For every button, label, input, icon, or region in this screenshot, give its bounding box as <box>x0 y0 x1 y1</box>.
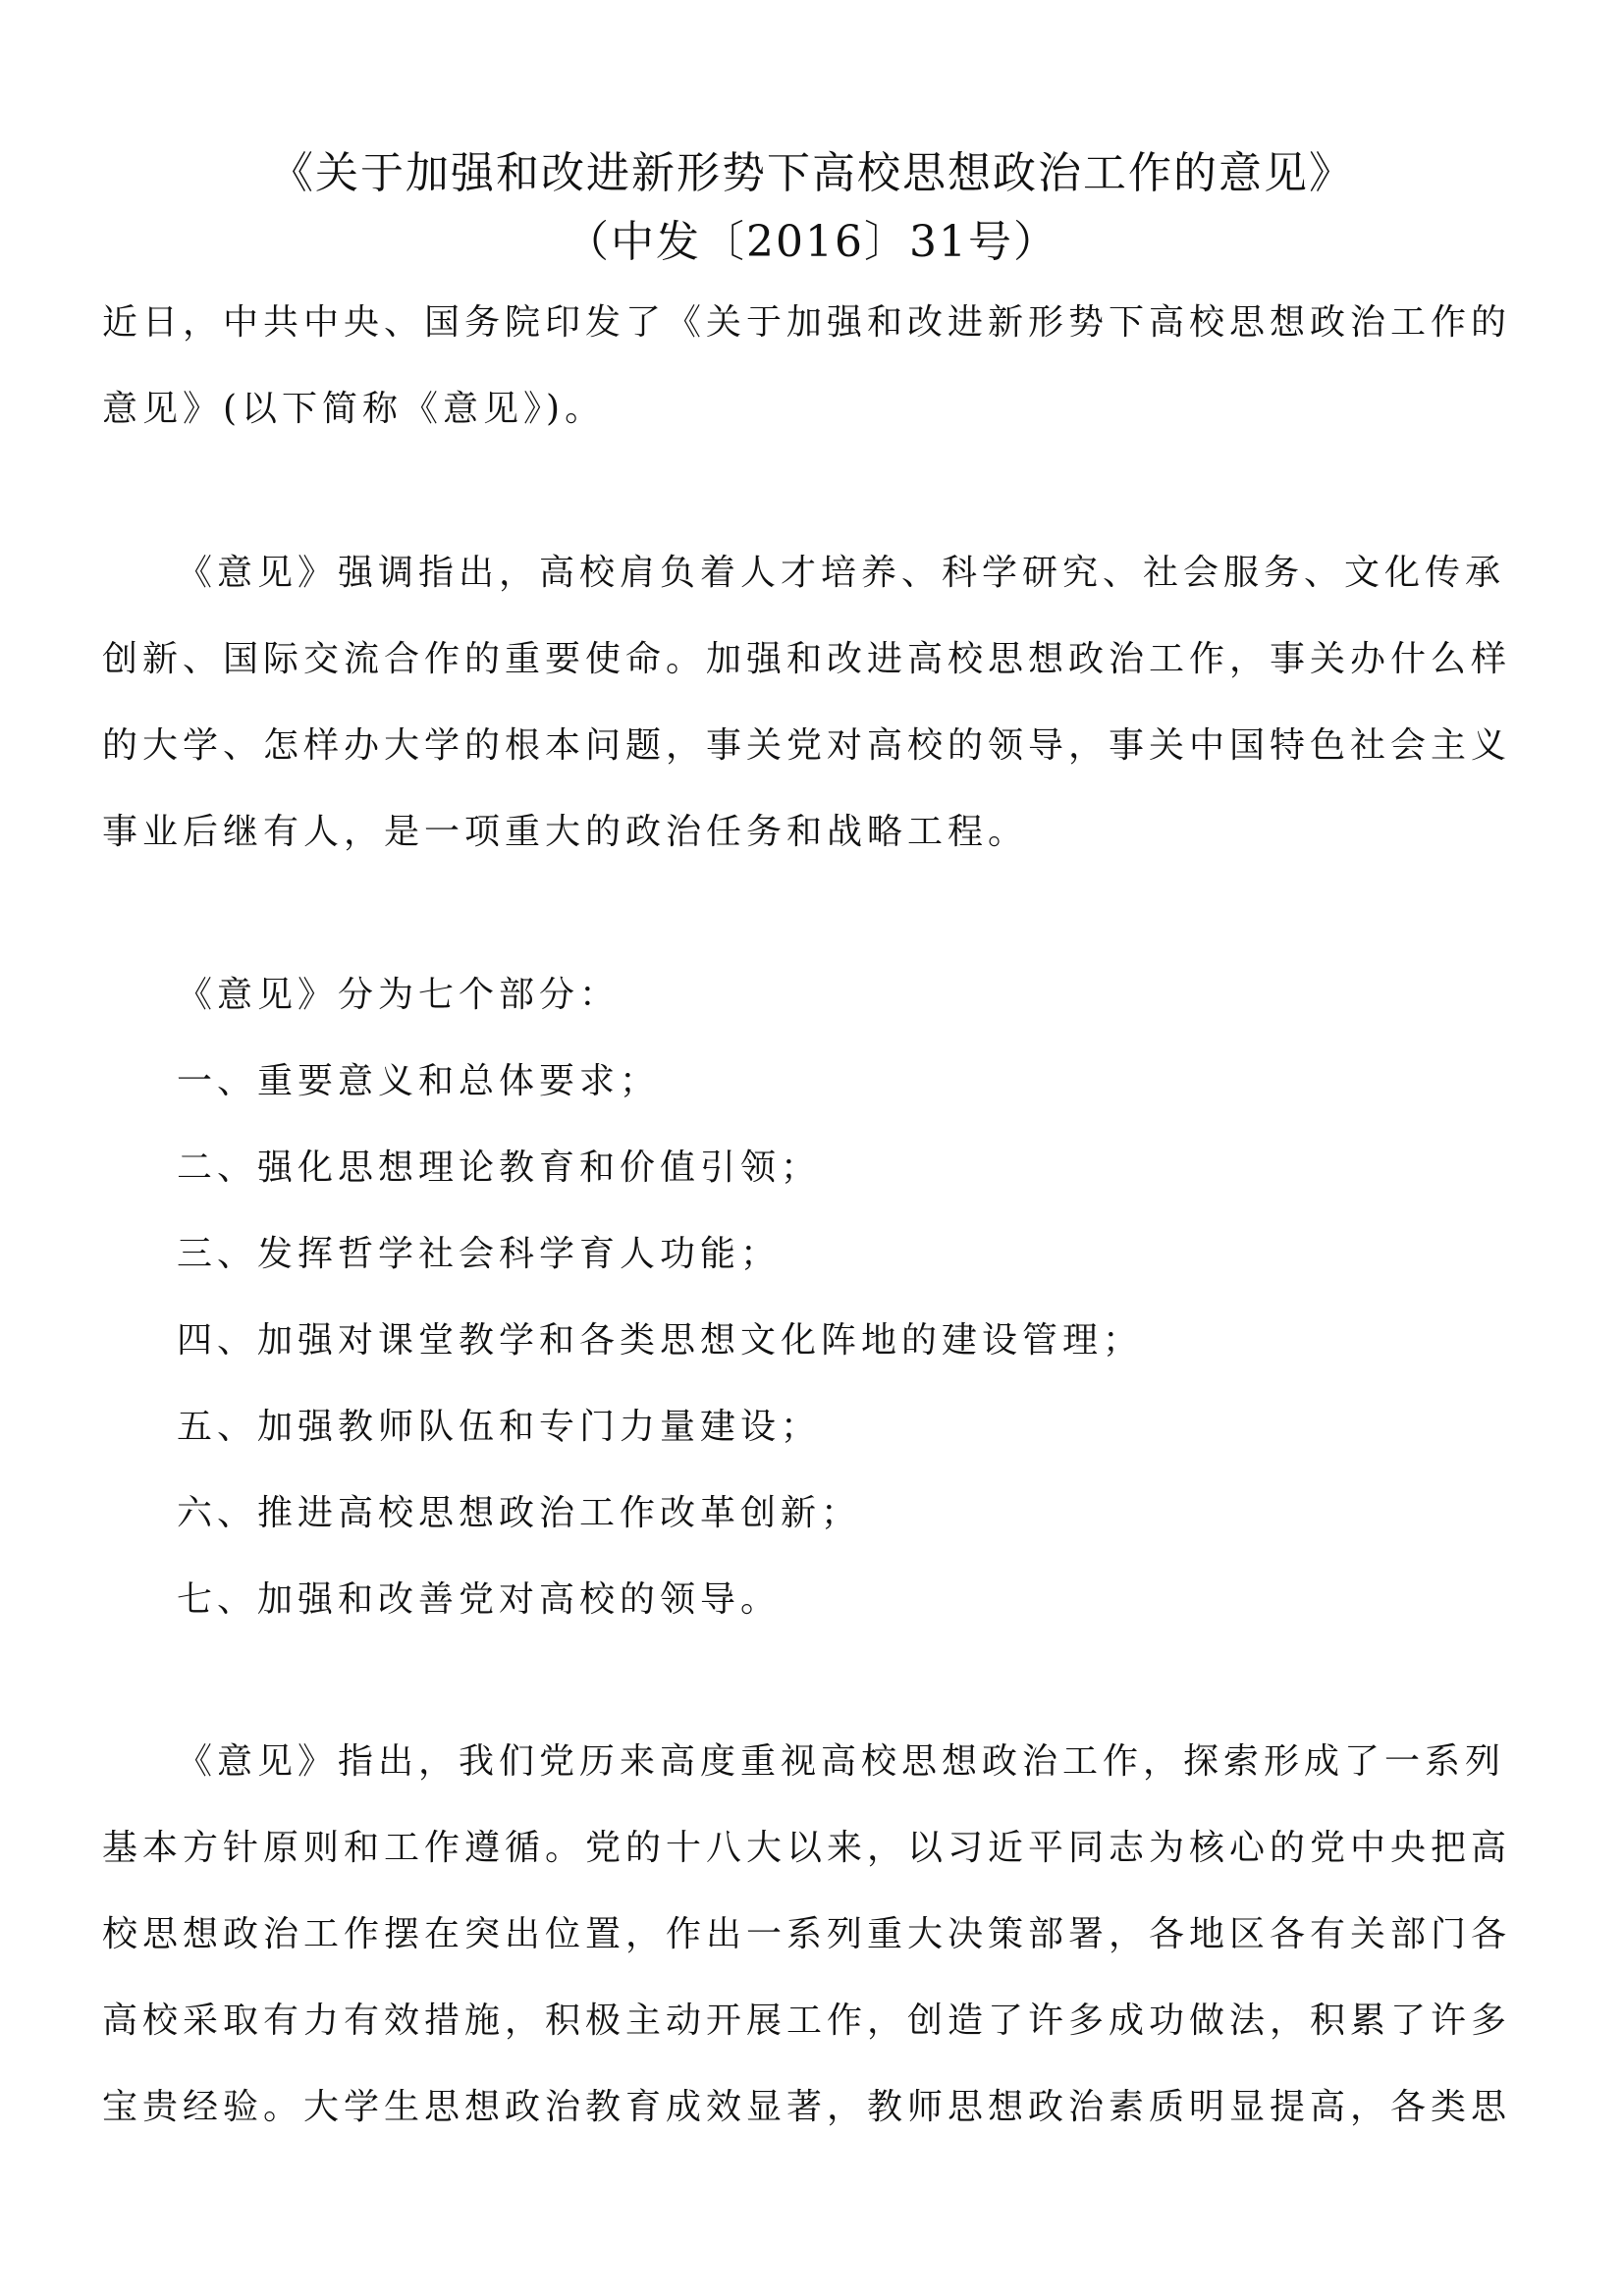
paragraph-line: 高校采取有力有效措施，积极主动开展工作，创造了许多成功做法，积累了许多 <box>102 1993 1511 2043</box>
intro-line: 意见》(以下简称《意见》)。 <box>102 381 605 431</box>
section-item: 六、推进高校思想政治工作改革创新； <box>177 1485 861 1535</box>
paragraph-line: 的大学、怎样办大学的根本问题，事关党对高校的领导，事关中国特色社会主义 <box>102 718 1511 768</box>
section-item: 七、加强和改善党对高校的领导。 <box>177 1572 781 1622</box>
paragraph-line: 宝贵经验。大学生思想政治教育成效显著，教师思想政治素质明显提高，各类思 <box>102 2079 1511 2129</box>
paragraph-line: 创新、国际交流合作的重要使命。加强和改进高校思想政治工作，事关办什么样 <box>102 631 1511 681</box>
paragraph-line: 《意见》强调指出，高校肩负着人才培养、科学研究、社会服务、文化传承 <box>177 545 1505 595</box>
intro-line: 近日，中共中央、国务院印发了《关于加强和改进新形势下高校思想政治工作的 <box>102 294 1511 345</box>
paragraph-line: 《意见》指出，我们党历来高度重视高校思想政治工作，探索形成了一系列 <box>177 1734 1505 1784</box>
paragraph-line: 校思想政治工作摆在突出位置，作出一系列重大决策部署，各地区各有关部门各 <box>102 1906 1511 1956</box>
paragraph-line: 基本方针原则和工作遵循。党的十八大以来，以习近平同志为核心的党中央把高 <box>102 1820 1511 1870</box>
section-item: 二、强化思想理论教育和价值引领； <box>177 1140 821 1190</box>
section-item: 一、重要意义和总体要求； <box>177 1053 660 1103</box>
document-title: 《关于加强和改进新形势下高校思想政治工作的意见》 <box>0 137 1624 200</box>
section-item: 五、加强教师队伍和专门力量建设； <box>177 1399 821 1449</box>
sections-intro: 《意见》分为七个部分： <box>177 967 620 1017</box>
paragraph-line: 事业后继有人，是一项重大的政治任务和战略工程。 <box>102 804 1028 854</box>
section-item: 四、加强对课堂教学和各类思想文化阵地的建设管理； <box>177 1312 1143 1362</box>
section-item: 三、发挥哲学社会科学育人功能； <box>177 1226 781 1276</box>
document-number: （中发〔2016〕31号） <box>0 206 1624 269</box>
